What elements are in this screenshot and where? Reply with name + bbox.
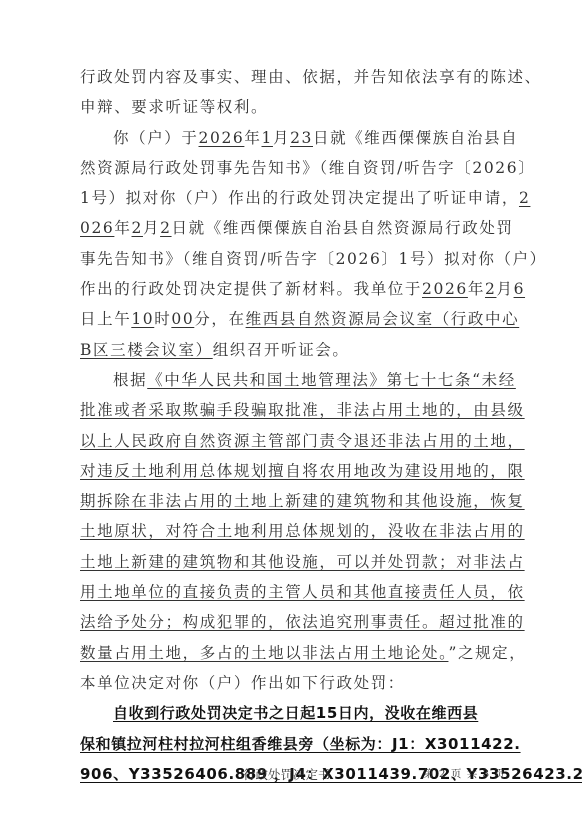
underlined-text: 土地上新建的建筑物和其他设施，可以并处罚款；对非法占 xyxy=(80,553,525,571)
text-segment: ”之规定， xyxy=(448,644,526,662)
text-segment: 日就《维西傈僳族自治县自然资源局行政处罚 xyxy=(172,219,514,237)
text-line: 日上午10时00分，在维西县自然资源局会议室（行政中心 xyxy=(80,304,510,334)
underlined-text: 1 xyxy=(261,129,272,147)
footer-title: 行政处罚决定书 xyxy=(243,765,331,783)
underlined-text: 用土地单位的直接负责的主管人员和其他直接责任人员，依 xyxy=(80,583,525,601)
underlined-text: 00 xyxy=(171,310,194,328)
text-segment: 日就《维西傈僳族自治县自 xyxy=(313,129,518,147)
text-line: B区三楼会议室）组织召开听证会。 xyxy=(80,335,510,365)
text-segment: 本单位决定对你（户）作出如下行政处罚： xyxy=(80,674,405,692)
text-line: 批准或者采取欺骗手段骗取批准，非法占用土地的，由县级 xyxy=(80,395,510,425)
text-line: 用土地单位的直接负责的主管人员和其他直接责任人员，依 xyxy=(80,577,510,607)
text-line: 根据《中华人民共和国土地管理法》第七十七条“未经 xyxy=(80,365,510,395)
underlined-text: 2 xyxy=(160,219,171,237)
underlined-text: 维西县自然资源局会议室（行政中心 xyxy=(246,310,520,328)
text-line: 土地上新建的建筑物和其他设施，可以并处罚款；对非法占 xyxy=(80,547,510,577)
underlined-text: 6 xyxy=(514,280,525,298)
underlined-text: 2026 xyxy=(422,280,468,298)
underlined-text: 以上人民政府自然资源主管部门责令退还非法占用的土地， xyxy=(80,432,525,450)
text-segment: 月 xyxy=(143,219,160,237)
text-line: 自收到行政处罚决定书之日起15日内，没收在维西县 xyxy=(80,698,510,728)
underlined-text: 保和镇拉河柱村拉河柱组香维县旁（坐标为：J1：X3011422. xyxy=(80,735,521,753)
text-segment: 组织召开听证会。 xyxy=(213,341,350,359)
text-line: 然资源局行政处罚事先告知书》（维自资罚/听告字〔2026〕 xyxy=(80,153,510,183)
text-line: 以上人民政府自然资源主管部门责令退还非法占用的土地， xyxy=(80,426,510,456)
text-segment: 1号）拟对你（户）作出的行政处罚决定提出了听证申请， xyxy=(80,189,519,207)
text-line: 法给予处分；构成犯罪的，依法追究刑事责任。超过批准的 xyxy=(80,607,510,637)
text-line: 事先告知书》（维自资罚/听告字〔2026〕1号）拟对你（户） xyxy=(80,244,510,274)
text-segment: 日上午 xyxy=(80,310,131,328)
underlined-text: 土地原状，对符合土地利用总体规划的，没收在非法占用的 xyxy=(80,522,525,540)
underlined-text: 2026 xyxy=(199,129,245,147)
text-line: 你（户）于2026年1月23日就《维西傈僳族自治县自 xyxy=(80,123,510,153)
text-line: 本单位决定对你（户）作出如下行政处罚： xyxy=(80,668,510,698)
text-segment: 月 xyxy=(273,129,290,147)
text-segment: 年 xyxy=(244,129,261,147)
page-number: 第 2 页 共 3 页 xyxy=(423,766,506,781)
text-line: 1号）拟对你（户）作出的行政处罚决定提出了听证申请，2 xyxy=(80,183,510,213)
underlined-text: 2 xyxy=(485,280,496,298)
text-segment: 分，在 xyxy=(194,310,245,328)
text-segment: 年 xyxy=(468,280,485,298)
underlined-text: 批准或者采取欺骗手段骗取批准，非法占用土地的，由县级 xyxy=(80,401,525,419)
page-footer: 行政处罚决定书 第 2 页 共 3 页 xyxy=(0,765,582,785)
underlined-text: 10 xyxy=(131,310,154,328)
underlined-text: 自收到行政处罚决定书之日起15日内，没收在维西县 xyxy=(113,704,478,722)
underlined-text: 2 xyxy=(519,189,530,207)
text-segment: 年 xyxy=(114,219,131,237)
text-segment: 事先告知书》（维自资罚/听告字〔2026〕1号）拟对你（户） xyxy=(80,250,547,268)
text-line: 作出的行政处罚决定提供了新材料。我单位于2026年2月6 xyxy=(80,274,510,304)
underlined-text: 法给予处分；构成犯罪的，依法追究刑事责任。超过批准的 xyxy=(80,613,525,631)
underlined-text: 对违反土地利用总体规划擅自将农用地改为建设用地的，限 xyxy=(80,462,525,480)
text-segment: 行政处罚内容及事实、理由、依据，并告知依法享有的陈述、 xyxy=(80,68,542,86)
text-line: 数量占用土地，多占的土地以非法占用土地论处。”之规定， xyxy=(80,638,510,668)
underlined-text: 期拆除在非法占用的土地上新建的建筑物和其他设施，恢复 xyxy=(80,492,525,510)
text-line: 期拆除在非法占用的土地上新建的建筑物和其他设施，恢复 xyxy=(80,486,510,516)
text-line: 026年2月2日就《维西傈僳族自治县自然资源局行政处罚 xyxy=(80,213,510,243)
underlined-text: 《中华人民共和国土地管理法》第七十七条“未经 xyxy=(147,371,516,389)
text-line: 对违反土地利用总体规划擅自将农用地改为建设用地的，限 xyxy=(80,456,510,486)
text-segment: 申辩、要求听证等权利。 xyxy=(80,98,268,116)
document-body: 行政处罚内容及事实、理由、依据，并告知依法享有的陈述、申辩、要求听证等权利。你（… xyxy=(80,62,510,789)
text-line: 土地原状，对符合土地利用总体规划的，没收在非法占用的 xyxy=(80,516,510,546)
text-segment: 时 xyxy=(154,310,171,328)
underlined-text: 数量占用土地，多占的土地以非法占用土地论处。 xyxy=(80,644,448,662)
underlined-text: 2 xyxy=(132,219,143,237)
text-line: 申辩、要求听证等权利。 xyxy=(80,92,510,122)
text-line: 保和镇拉河柱村拉河柱组香维县旁（坐标为：J1：X3011422. xyxy=(80,729,510,759)
text-segment: 作出的行政处罚决定提供了新材料。我单位于 xyxy=(80,280,422,298)
text-segment: 然资源局行政处罚事先告知书》（维自资罚/听告字〔2026〕 xyxy=(80,159,535,177)
text-segment: 你（户）于 xyxy=(113,129,199,147)
text-segment: 月 xyxy=(496,280,513,298)
underlined-text: 23 xyxy=(290,129,313,147)
underlined-text: 026 xyxy=(80,219,114,237)
document-page: 行政处罚内容及事实、理由、依据，并告知依法享有的陈述、申辩、要求听证等权利。你（… xyxy=(0,0,582,821)
underlined-text: B区三楼会议室） xyxy=(80,341,213,359)
text-segment: 根据 xyxy=(113,371,147,389)
text-line: 行政处罚内容及事实、理由、依据，并告知依法享有的陈述、 xyxy=(80,62,510,92)
